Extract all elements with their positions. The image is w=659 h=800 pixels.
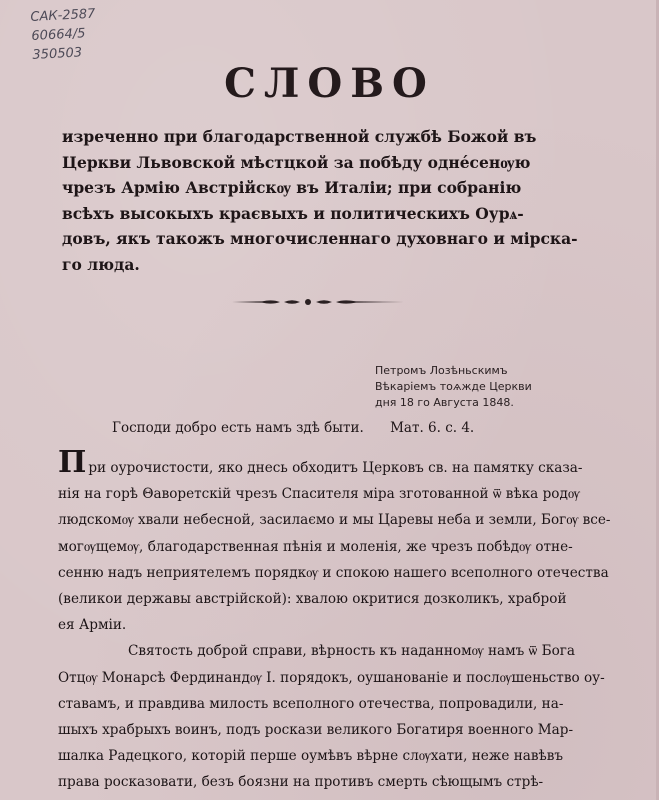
subtitle-line: чрезъ Армію Австрійскѹ въ Италіи; при со… [62, 175, 590, 201]
body-line: людскомѹ хвали небесной, засилаємо и мы … [58, 507, 594, 533]
body-line-text: ри оурочистости, яко днесь обходитъ Церк… [88, 460, 582, 476]
subtitle-line: го люда. [62, 252, 590, 278]
archive-mark: САК-2587 [30, 5, 96, 27]
body-line: нія на горѣ Θаворетскій чрезъ Спасителя … [58, 481, 594, 507]
subtitle-line: изреченно при благодарственной службѣ Бо… [62, 124, 590, 150]
body-line: права росказовати, безъ боязни на против… [58, 769, 594, 795]
document-subtitle: изреченно при благодарственной службѣ Бо… [62, 124, 590, 277]
body-line: ставамъ, и правдива милость всеполного о… [58, 691, 594, 717]
subtitle-line: довъ, якъ такожъ многочисленнаго духовна… [62, 226, 590, 252]
author-line: дня 18 го Августа 1848. [375, 395, 532, 411]
drop-cap: П [58, 445, 86, 480]
sermon-body: При оурочистости, яко днесь обходитъ Цер… [58, 452, 594, 796]
body-line: ея Арміи. [58, 612, 594, 638]
scanned-page: САК-2587 60664/5 350503 СЛОВО изреченно … [0, 0, 659, 800]
epigraph-text: Господи добро есть намъ здѣ быти. [112, 420, 364, 436]
author-line: Вѣкаріемъ тоѧжде Церкви [375, 379, 532, 395]
body-line: сенню надъ неприятелемъ порядкѹ и спокою… [58, 560, 594, 586]
epigraph-reference: Мат. 6. с. 4. [390, 420, 474, 436]
subtitle-line: всѣхъ высокыхъ краєвыхъ и политическихъ … [62, 201, 590, 227]
body-line: шыхъ храбрыхъ воинъ, подъ роскази велико… [58, 717, 594, 743]
author-line: Петромъ Лозѣньскимъ [375, 363, 532, 379]
body-line: могѹщемѹ, благодарственная пѣнія и молен… [58, 534, 594, 560]
body-line: При оурочистости, яко днесь обходитъ Цер… [58, 452, 594, 481]
archive-call-numbers: САК-2587 60664/5 350503 [30, 5, 98, 65]
body-line: шалка Радецкого, которій перше оумѣвъ вѣ… [58, 743, 594, 769]
body-line: Святость доброй справи, вѣрность къ нада… [58, 638, 594, 664]
ornamental-divider-icon [232, 296, 404, 308]
author-attribution: Петромъ Лозѣньскимъ Вѣкаріемъ тоѧжде Цер… [375, 363, 532, 411]
subtitle-line: Церкви Львовской мѣстцкой за побѣду одне… [62, 150, 590, 176]
document-title: СЛОВО [0, 60, 659, 107]
epigraph: Господи добро есть намъ здѣ быти. Мат. 6… [112, 420, 474, 436]
body-line: (великои державы австрійской): хвалою ок… [58, 586, 594, 612]
body-line: Отцѹ Монарсѣ Фердинандѹ I. порядокъ, оуш… [58, 665, 594, 691]
